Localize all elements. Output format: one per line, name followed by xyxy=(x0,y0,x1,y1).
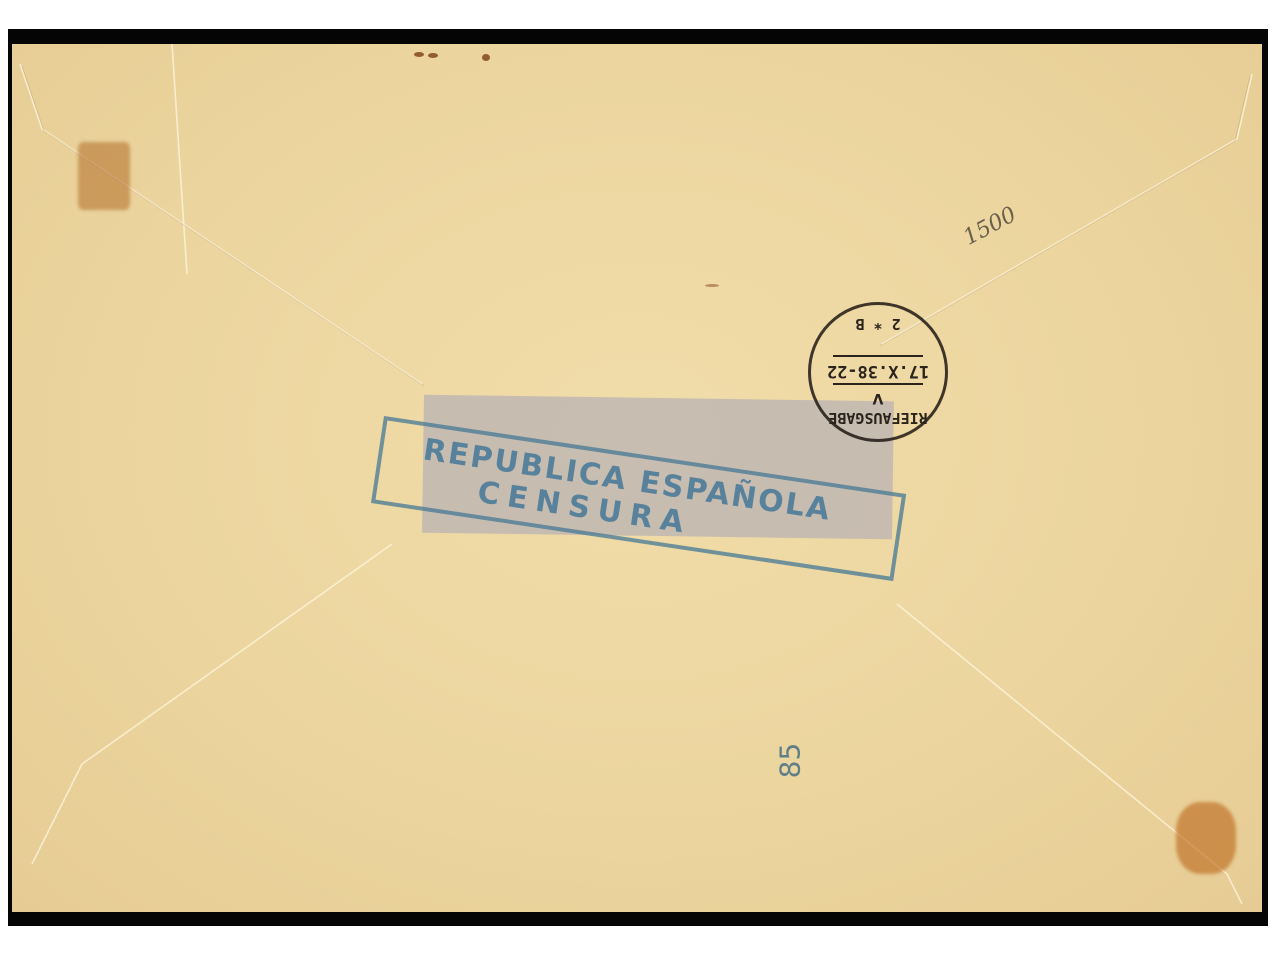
stain-dot xyxy=(428,53,438,58)
stain-top-left xyxy=(78,142,130,210)
postmark-top-text: RIEFAUSGABE xyxy=(811,409,945,427)
stain-dot xyxy=(705,284,719,287)
stain-dot xyxy=(414,52,424,57)
postmark-date: 17.X.38-22 xyxy=(811,361,945,381)
postmark-bottom-text: 2 * B xyxy=(811,315,945,333)
blue-number: 85 xyxy=(773,743,806,779)
postmark-letter: V xyxy=(811,390,945,406)
postmark-rule xyxy=(833,355,923,357)
postmark-rule xyxy=(833,383,923,385)
envelope-back: REPUBLICA ESPAÑOLA CENSURA RIEFAUSGABE V… xyxy=(12,44,1262,912)
postmark: RIEFAUSGABE V 17.X.38-22 2 * B xyxy=(808,302,948,442)
stain-dot xyxy=(482,54,490,61)
stain-bottom-right xyxy=(1176,802,1236,874)
